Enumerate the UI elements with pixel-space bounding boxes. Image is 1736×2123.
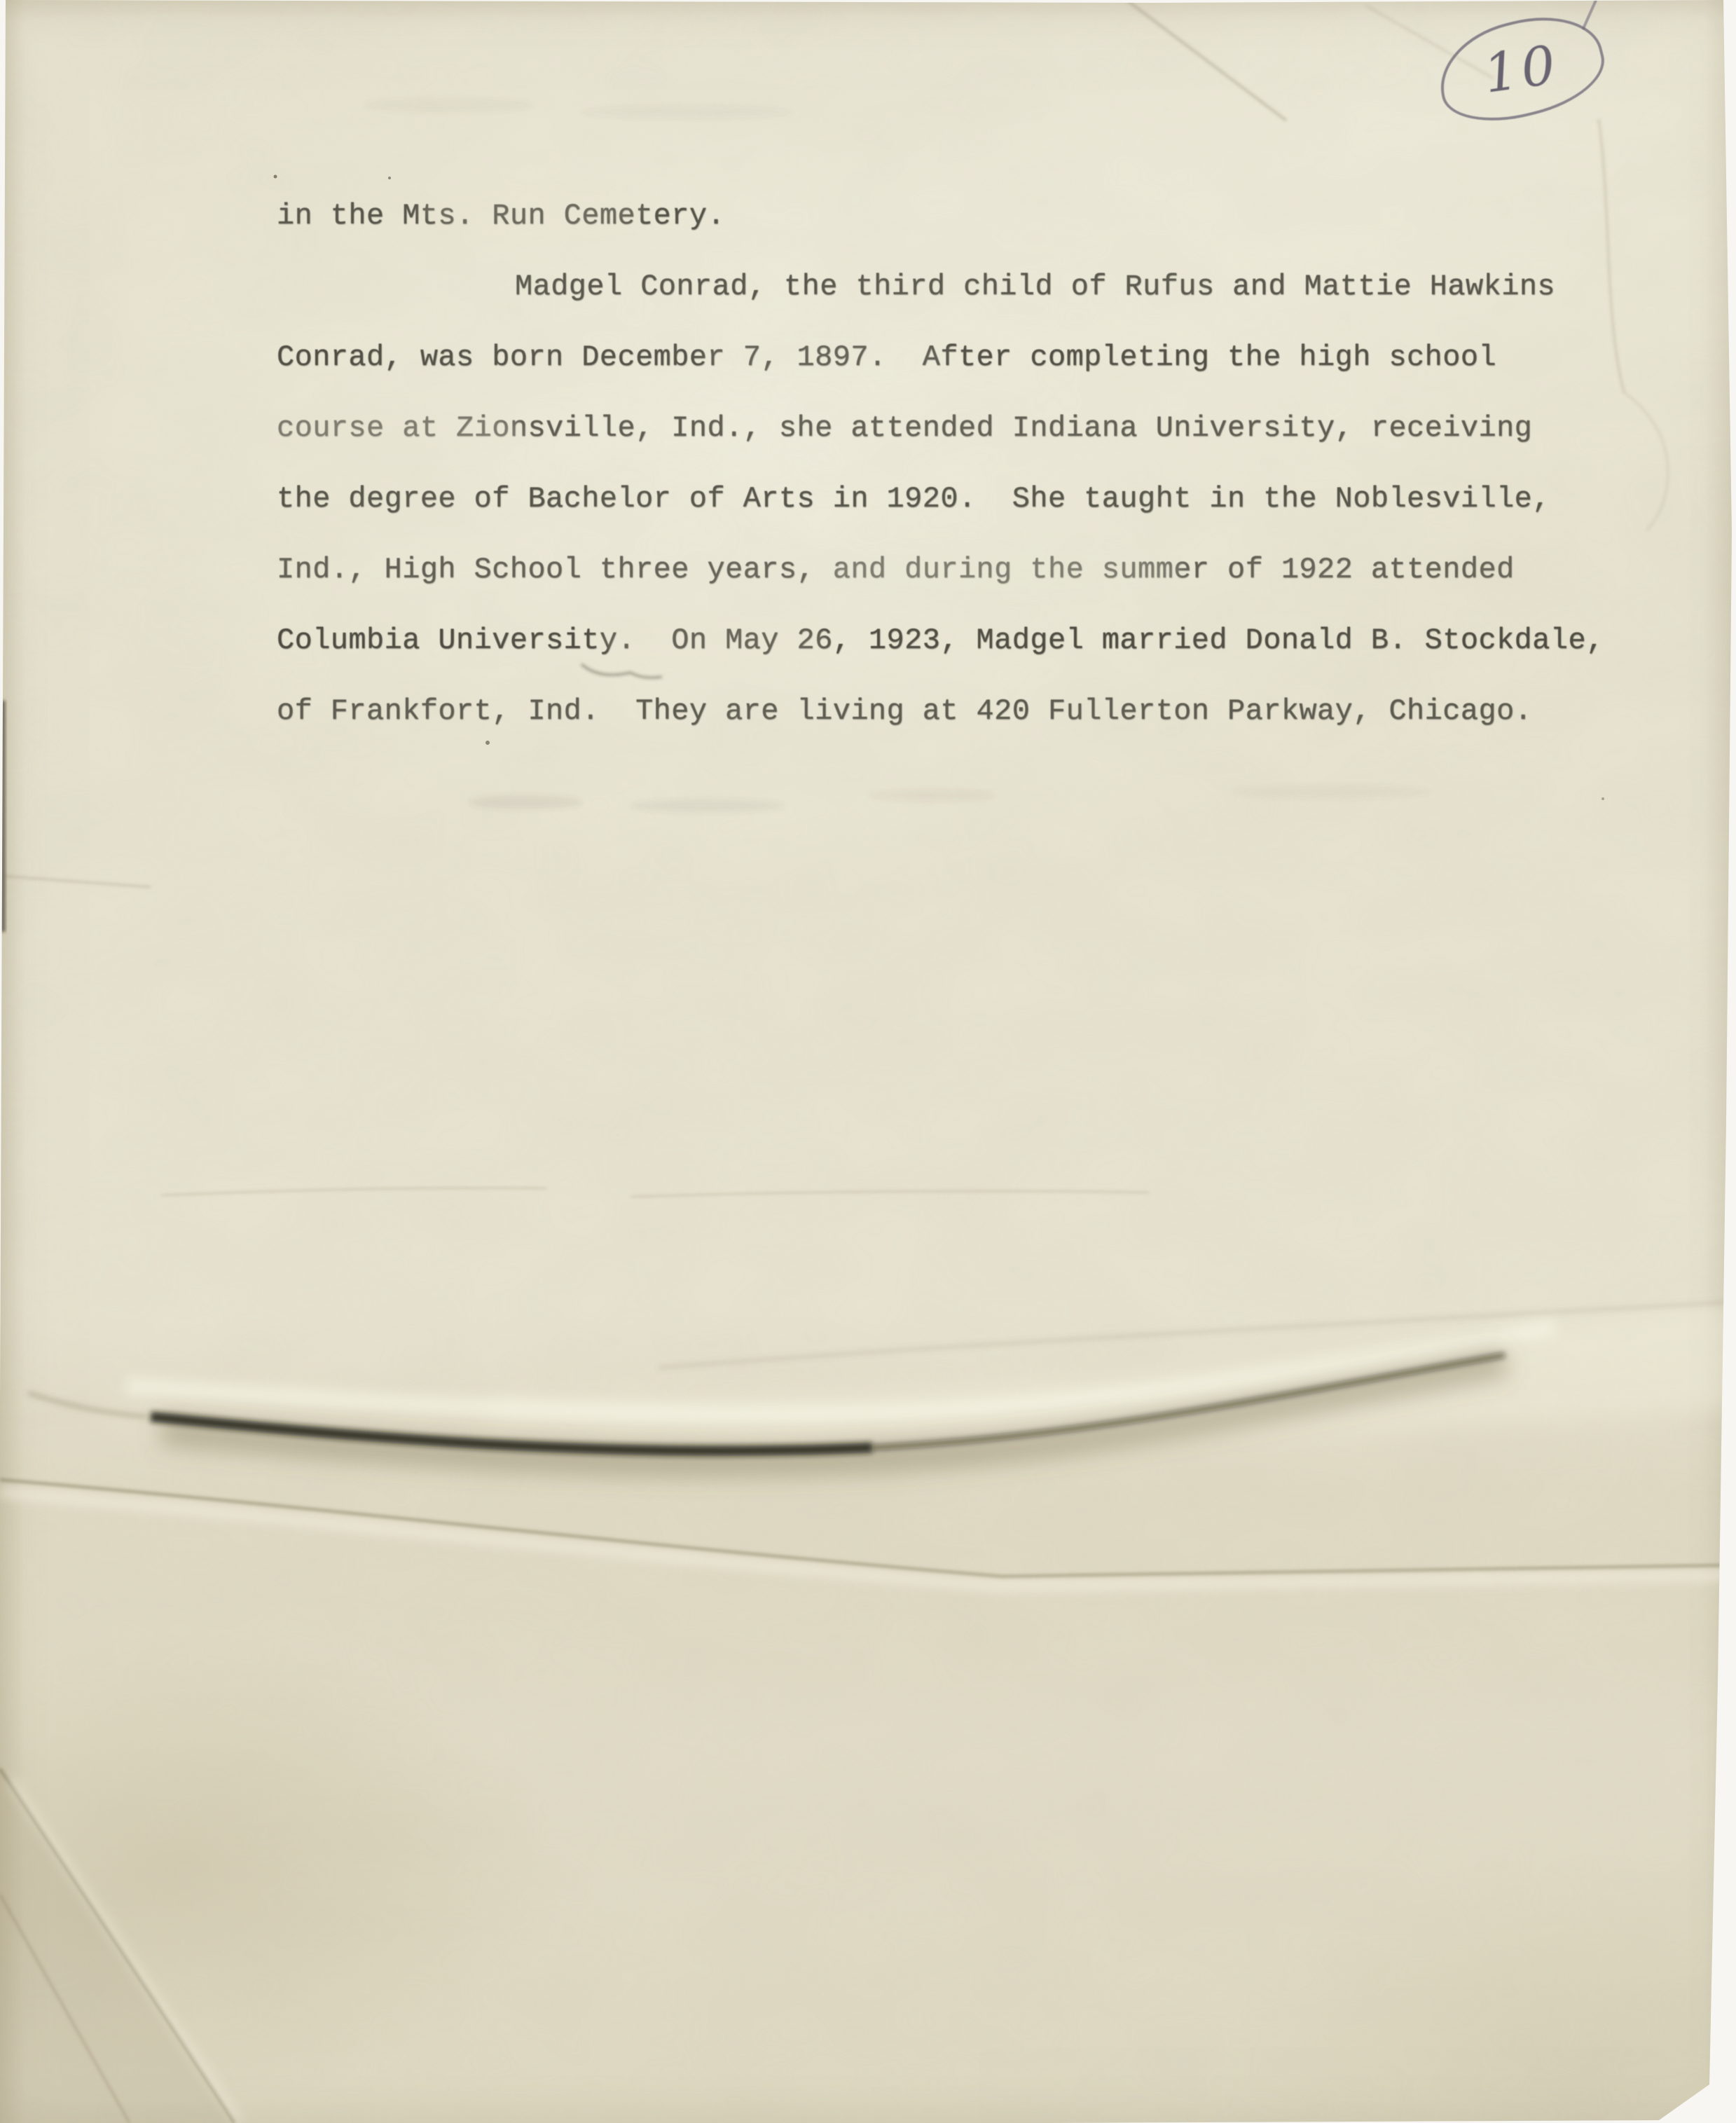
typewritten-line-3: Conrad, was born December 7, 1897. After… — [277, 322, 1678, 393]
paper-sheet: 10 in the Mts. Run Cemetery. Madgel Conr… — [0, 0, 1736, 2123]
page-number: 10 — [1480, 33, 1562, 105]
typewritten-line-4: course at Zionsville, Ind., she attended… — [277, 393, 1678, 464]
typewritten-text: in the Mts. Run Cemetery. Madgel Conrad,… — [277, 181, 1678, 747]
typewritten-line-6: Ind., High School three years, and durin… — [277, 535, 1678, 605]
typewritten-line-5: the degree of Bachelor of Arts in 1920. … — [277, 464, 1678, 535]
typewritten-line-7: Columbia University. On May 26, 1923, Ma… — [277, 605, 1678, 676]
typewritten-line-8: of Frankfort, Ind. They are living at 42… — [277, 676, 1678, 747]
typewritten-line-1: in the Mts. Run Cemetery. — [277, 181, 1678, 252]
document-scan: 10 in the Mts. Run Cemetery. Madgel Conr… — [0, 0, 1736, 2123]
page-number-circle: 10 — [1428, 2, 1613, 135]
typewritten-line-2: Madgel Conrad, the third child of Rufus … — [277, 252, 1678, 322]
